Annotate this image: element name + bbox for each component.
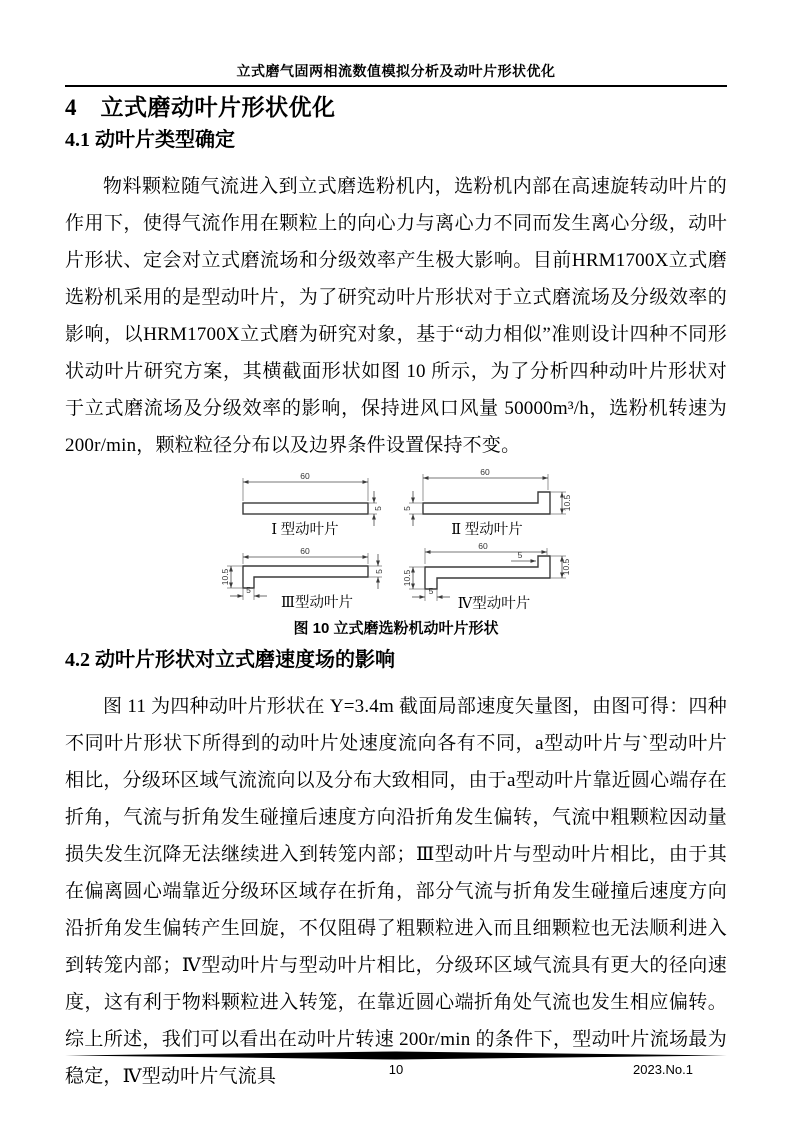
blade-4-left-height-dim: 10.5 [402, 569, 412, 586]
footer-divider-bar [65, 1051, 727, 1060]
blade-3-label: Ⅲ型动叶片 [281, 593, 353, 611]
blade-3-diagram: 60 10.5 5 5 Ⅲ型动叶片 [220, 546, 384, 611]
blade-4-length-dim: 60 [478, 541, 488, 551]
blade-2-label: Ⅱ 型动叶片 [451, 520, 522, 538]
blade-4-diagram: 60 5 10.5 10.5 5 Ⅳ [402, 541, 571, 612]
blade-1-shape [243, 503, 368, 514]
paragraph-blade-types: 物料颗粒随气流进入到立式磨选粉机内，选粉机内部在高速旋转动叶片的作用下，使得气流… [65, 168, 727, 464]
blade-1-diagram: 60 5 Ⅰ 型动叶片 [243, 471, 383, 538]
figure-10-caption: 图 10 立式磨选粉机动叶片形状 [65, 618, 727, 640]
issue-label: 2023.No.1 [633, 1062, 693, 1077]
blade-1-length-dim: 60 [300, 471, 310, 481]
blade-3-shape [243, 566, 368, 588]
running-header-title: 立式磨气固两相流数值模拟分析及动叶片形状优化 [237, 65, 556, 80]
subsection-heading-4-2: 4.2 动叶片形状对立式磨速度场的影响 [65, 649, 727, 672]
blade-3-length-dim: 60 [300, 546, 310, 556]
blade-2-thickness-dim: 5 [402, 506, 412, 511]
blade-shapes-drawing: 60 5 Ⅰ 型动叶片 60 [210, 464, 590, 616]
paragraph-velocity-field: 图 11 为四种动叶片形状在 Y=3.4m 截面局部速度矢量图，由图可得：四种不… [65, 688, 727, 1095]
blade-4-tab-width-dim: 5 [429, 586, 434, 596]
page-footer: 10 2023.No.1 [65, 1051, 727, 1080]
blade-2-length-dim: 60 [480, 467, 490, 477]
blade-2-shape [423, 492, 550, 514]
blade-1-thickness-dim: 5 [373, 506, 383, 511]
blade-4-right-height-dim: 10.5 [561, 558, 571, 575]
blade-4-top-tab-width-dim: 5 [518, 550, 523, 560]
blade-3-thickness-dim: 5 [374, 569, 384, 574]
blade-4-label: Ⅳ型动叶片 [458, 594, 531, 612]
page-number: 10 [65, 1062, 727, 1077]
blade-2-diagram: 60 5 10.5 Ⅱ 型动叶片 [402, 467, 572, 538]
subsection-heading-4-1: 4.1 动叶片类型确定 [65, 129, 727, 152]
blade-2-height-dim: 10.5 [562, 494, 572, 511]
section-heading-4: 4 立式磨动叶片形状优化 [65, 95, 727, 120]
blade-3-height-dim: 10.5 [220, 568, 230, 585]
blade-1-label: Ⅰ 型动叶片 [271, 520, 338, 538]
running-header: 立式磨气固两相流数值模拟分析及动叶片形状优化 [65, 0, 727, 87]
figure-10: 60 5 Ⅰ 型动叶片 60 [65, 464, 727, 640]
blade-3-tab-width-dim: 5 [246, 585, 251, 595]
document-page: 立式磨气固两相流数值模拟分析及动叶片形状优化 4 立式磨动叶片形状优化 4.1 … [0, 0, 793, 1122]
